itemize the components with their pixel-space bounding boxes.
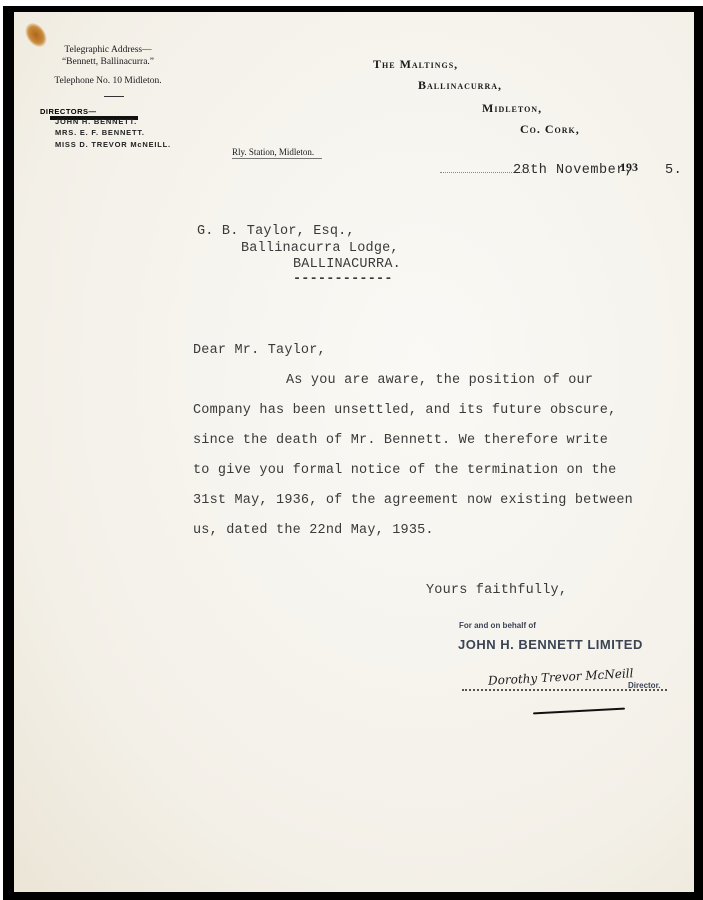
rly-underline	[232, 158, 322, 159]
address-line-3: Midleton,	[482, 101, 542, 116]
date-year-prefix: 193	[620, 160, 638, 175]
director-1: JOHN H. BENNETT.	[55, 117, 137, 126]
date-year-suffix: 5.	[665, 163, 682, 178]
stamp-on-behalf: For and on behalf of	[459, 621, 536, 630]
telegraphic-value: “Bennett, Ballinacurra.”	[58, 57, 158, 67]
recipient-town: BALLINACURRA.	[293, 257, 401, 272]
address-line-1: The Maltings,	[373, 57, 458, 72]
telegraphic-label: Telegraphic Address—	[58, 45, 158, 55]
body-line-3: since the death of Mr. Bennett. We there…	[193, 433, 608, 448]
body-line-6: us, dated the 22nd May, 1935.	[193, 523, 434, 538]
directors-label: Directors—	[40, 107, 97, 116]
salutation: Dear Mr. Taylor,	[193, 343, 326, 358]
recipient-name: G. B. Taylor, Esq.,	[197, 224, 355, 239]
date-day-month: 28th November,	[513, 163, 633, 178]
recipient-house: Ballinacurra Lodge,	[241, 241, 399, 256]
director-2: MRS. E. F. BENNETT.	[55, 128, 145, 137]
body-line-5: 31st May, 1936, of the agreement now exi…	[193, 493, 633, 508]
address-line-2: Ballinacurra,	[418, 78, 502, 93]
closing: Yours faithfully,	[426, 583, 567, 598]
divider	[104, 96, 124, 97]
director-3: MISS D. TREVOR McNEILL.	[55, 140, 171, 149]
stamp-company: JOHN H. BENNETT LIMITED	[458, 637, 643, 652]
recipient-underline: ------------	[293, 272, 393, 287]
address-line-4: Co. Cork,	[520, 122, 580, 137]
body-line-1: As you are aware, the position of our	[286, 373, 593, 388]
body-line-2: Company has been unsettled, and its futu…	[193, 403, 616, 418]
telephone: Telephone No. 10 Midleton.	[50, 76, 166, 86]
stamp-role: Director.	[628, 681, 660, 690]
body-line-4: to give you formal notice of the termina…	[193, 463, 616, 478]
rly-station: Rly. Station, Midleton.	[232, 147, 314, 157]
